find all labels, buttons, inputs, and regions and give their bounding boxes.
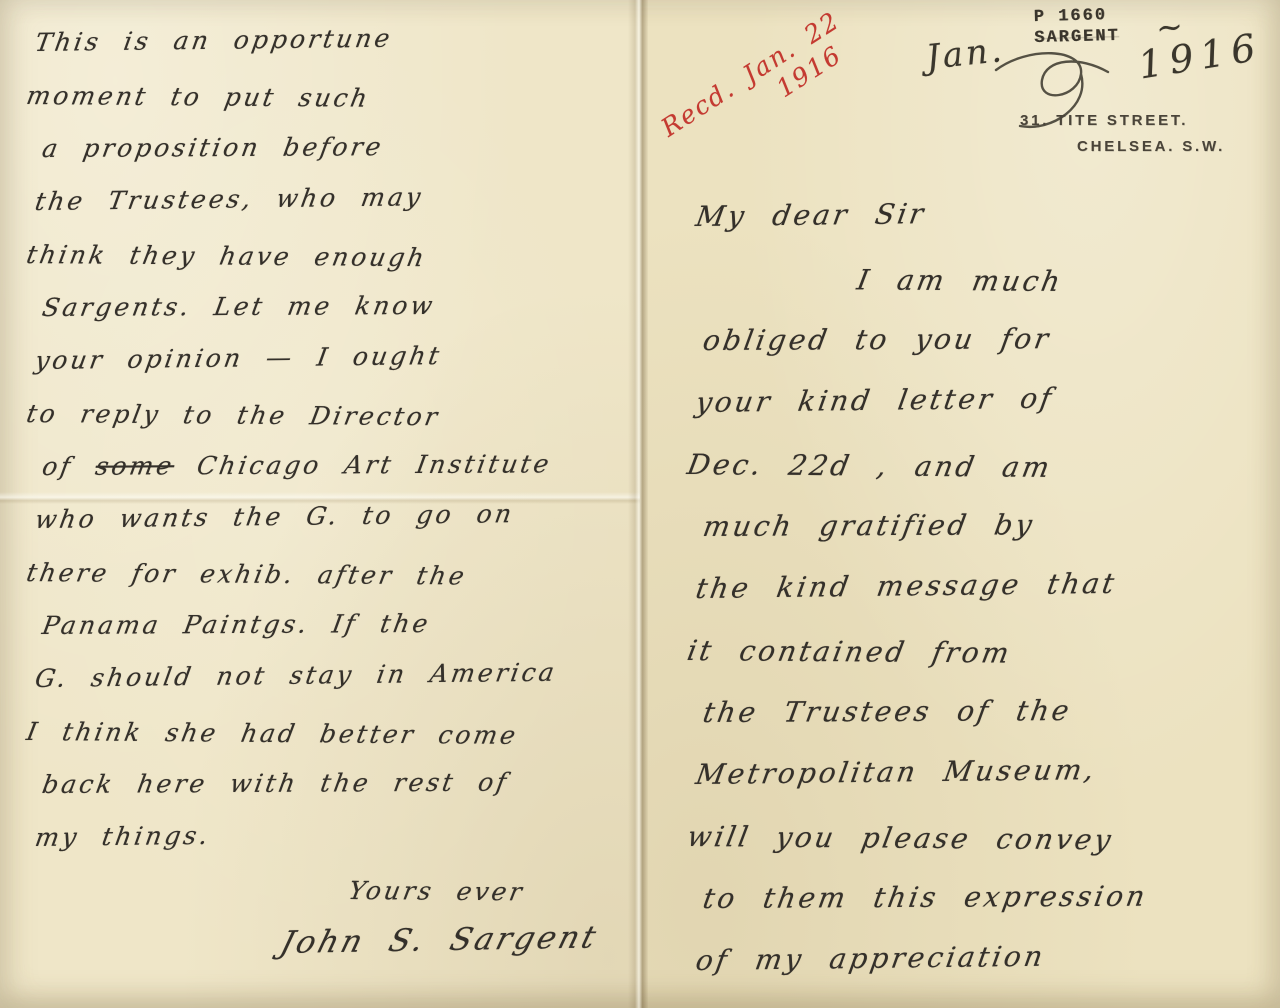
handwritten-line: much gratified by <box>698 493 1280 558</box>
handwritten-line: to reply to the Director <box>22 387 641 445</box>
handwritten-line: obliged to you for <box>698 307 1280 372</box>
handwritten-line: a proposition before <box>38 119 642 175</box>
handwritten-line: back here with the rest of <box>38 755 642 811</box>
handwritten-line: it contained from <box>682 620 1280 687</box>
handwritten-line: I think she had better come <box>22 705 641 763</box>
handwritten-line: the Trustees, who may <box>31 168 642 228</box>
handwritten-line: think they have enough <box>22 228 641 286</box>
letter-scan: This is an opportune moment to put such … <box>0 0 1280 1008</box>
handwritten-line: your kind letter of <box>691 365 1280 434</box>
handwritten-line: to them this expression <box>698 865 1280 930</box>
right-page-text: My dear Sir I am much obliged to you for… <box>686 186 1271 992</box>
archive-stamp: P 1660 SARGENT <box>1033 5 1119 49</box>
archive-stamp-name: SARGENT <box>1034 26 1120 49</box>
handwritten-line: This is an opportune <box>31 9 642 69</box>
handwritten-line: there for exhib. after the <box>22 546 641 604</box>
handwritten-line: Dec. 22d , and am <box>682 434 1280 501</box>
struck-line-suffix: Chicago Art Institute <box>172 449 554 480</box>
handwritten-line: your opinion — I ought <box>31 327 642 387</box>
struck-word: some <box>93 451 176 480</box>
handwritten-line: I am much <box>682 248 1280 315</box>
handwritten-line-with-strikeout: of some Chicago Art Institute <box>38 437 642 493</box>
left-page: This is an opportune moment to put such … <box>0 0 640 1008</box>
struck-line-prefix: of <box>40 452 98 481</box>
left-page-text: This is an opportune moment to put such … <box>26 16 632 970</box>
date-year: 1916 <box>1135 25 1265 88</box>
handwritten-line: moment to put such <box>22 69 641 127</box>
right-page: P 1660 SARGENT Recd. Jan. 22 1916 Jan. ~… <box>640 0 1280 1008</box>
signature: John S. Sargent <box>274 911 648 970</box>
handwritten-line: Sargents. Let me know <box>38 278 642 334</box>
handwritten-line: my things. <box>31 804 642 864</box>
received-note: Recd. Jan. 22 1916 <box>656 6 862 169</box>
letterhead-city: CHELSEA. S.W. <box>1077 138 1225 155</box>
handwritten-line: the kind message that <box>691 551 1280 620</box>
handwritten-line: Metropolitan Museum, <box>691 737 1280 806</box>
letterhead-street: 31. TITE STREET. <box>1020 112 1188 129</box>
handwritten-line: who wants the G. to go on <box>31 486 642 546</box>
handwritten-line: Panama Paintgs. If the <box>38 596 642 652</box>
handwritten-line: of my appreciation <box>691 923 1280 992</box>
handwritten-line: the Trustees of the <box>698 679 1280 744</box>
handwritten-line: will you please convey <box>682 806 1280 873</box>
salutation: My dear Sir <box>691 179 1280 248</box>
handwritten-line: G. should not stay in America <box>31 645 642 705</box>
archive-stamp-number: P 1660 <box>1033 5 1119 28</box>
